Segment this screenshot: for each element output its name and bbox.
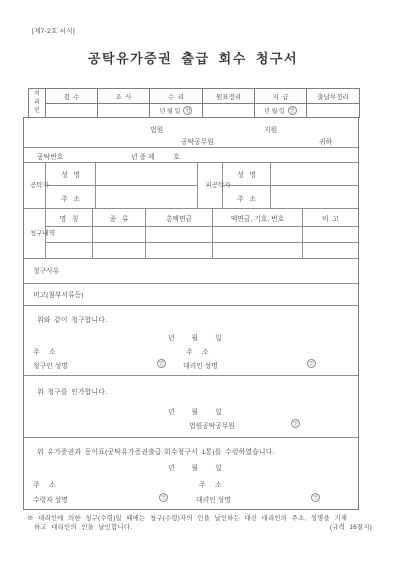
cell-ledger-blank: [203, 104, 255, 118]
depositee-address-label: 주 소: [223, 186, 271, 209]
cell-acceptance-date: 년 월 일인: [150, 104, 203, 118]
agent-name-label: 대리인 성명: [183, 360, 218, 370]
claimant-name-label: 청구인 성명: [33, 360, 68, 370]
depositee-name-label: 성 명: [223, 163, 271, 186]
claim-row-cell: [146, 243, 213, 259]
receipt-date-line: 년 월 일: [168, 462, 222, 472]
claim-row-cell: [213, 227, 303, 243]
depositee-address-field: [271, 186, 358, 209]
addressee-label: 귀하: [319, 136, 332, 146]
depositor-name-label: 성 명: [46, 163, 96, 186]
depositee-label-cell: 피공탁자: [198, 163, 223, 209]
recipient-name-label: 수령자 성명: [33, 494, 68, 504]
paper-spec-label: (규격 16절지): [330, 523, 372, 532]
claim-reason-section: 청구사유: [24, 259, 358, 284]
deposit-officer-label: 공탁공무원: [181, 136, 214, 146]
court-label: 법원: [150, 124, 163, 134]
depositor-label-cell: 공탁자: [24, 163, 46, 209]
seal-icon: 인: [159, 493, 168, 502]
claim-row-cell: [146, 227, 213, 243]
col-header-acceptance: 수 리: [150, 89, 203, 104]
deposit-number-section: 공탁번호 년 증 제 호: [24, 148, 358, 163]
receipt-section: 위 유가증권과 동이표(공탁유가증권출급·회수청구서 1통)를 수령하였습니다.…: [24, 438, 358, 509]
claim-row-cell: [93, 227, 146, 243]
col-header-payment: 지 급: [255, 89, 307, 104]
branch-label: 지원: [264, 124, 277, 134]
col-face-value-serial: 액면금, 기호, 번호: [213, 209, 303, 227]
receipt-statement: 위 유가증권과 동이표(공탁유가증권출급·회수청구서 1통)를 수령하였습니다.: [37, 446, 275, 456]
depositor-label: 공탁자: [30, 181, 39, 191]
claim-details-section: 청구내역 명 칭 종 류 총액면금 액면금, 기호, 번호 비 고: [24, 209, 358, 259]
claim-details-label-cell: 청구내역: [24, 209, 46, 259]
depositor-address-label: 주 소: [46, 186, 96, 209]
claim-row-cell: [46, 243, 93, 259]
seal-icon: 인: [183, 106, 192, 115]
cell-review-blank: [98, 104, 150, 118]
claim-row-cell: [46, 227, 93, 243]
footer-note-line1: ※ 대리인에 의한 청구(수령)일 때에는 청구(수령)자의 인을 날인하는 대…: [27, 514, 372, 523]
depositee-label: 피공탁자: [206, 181, 215, 191]
approval-statement: 위 청구를 인가합니다.: [37, 386, 107, 396]
date-seal-text: 년 월 일: [264, 109, 285, 115]
depositee-name-field: [271, 163, 358, 186]
agent-name-label: 대리인 성명: [196, 494, 231, 504]
date-seal-text: 년 월 일: [160, 109, 181, 115]
agent-address-label: 주 소: [186, 346, 209, 356]
request-date-line: 년 월 일: [168, 332, 222, 342]
footer-note-line2: 하고 대리인의 인을 날인합니다.: [34, 523, 132, 532]
col-header-cashbook: 출납부정리: [307, 89, 360, 104]
processing-table: 처리인 접 수 조 사 수 리 원표정리 지 급 출납부정리 년 월 일인 년 …: [28, 88, 360, 118]
seal-icon: 인: [291, 419, 300, 428]
col-type: 종 류: [93, 209, 146, 227]
remarks-label: 비고(첨부서류등): [33, 289, 84, 299]
request-section: 위와 같이 청구합니다. 년 월 일 주 소 주 소 청구인 성명 인 대리인 …: [24, 306, 358, 376]
recipient-address-label: 주 소: [33, 479, 56, 489]
claim-row-cell: [213, 243, 303, 259]
depositor-name-field: [96, 163, 198, 186]
approval-date-line: 년 월 일: [168, 406, 222, 416]
claim-row-cell: [303, 243, 358, 259]
court-section: 법원 지원 공탁공무원 귀하: [24, 118, 358, 148]
form-body: 법원 지원 공탁공무원 귀하 공탁번호 년 증 제 호 공탁자 성 명 피공탁자…: [23, 117, 359, 510]
parties-section: 공탁자 성 명 피공탁자 성 명 주 소 주 소: [24, 163, 358, 209]
seal-icon: 인: [157, 359, 166, 368]
col-total-face-value: 총액면금: [146, 209, 213, 227]
col-header-receipt: 접 수: [46, 89, 98, 104]
request-statement: 위와 같이 청구합니다.: [37, 314, 107, 324]
claimant-address-label: 주 소: [33, 346, 56, 356]
approval-section: 위 청구를 인가합니다. 년 월 일 법원공탁공무원 인: [24, 376, 358, 438]
cell-cashbook-blank: [307, 104, 360, 118]
seal-icon: 인: [288, 106, 297, 115]
col-note: 비 고: [303, 209, 358, 227]
claim-reason-label: 청구사유: [33, 265, 59, 275]
remarks-section: 비고(첨부서류등): [24, 284, 358, 306]
footer-note: ※ 대리인에 의한 청구(수령)일 때에는 청구(수령)자의 인을 날인하는 대…: [27, 514, 372, 533]
deposit-number-format: 년 증 제 호: [131, 151, 180, 161]
claim-row-cell: [93, 243, 146, 259]
seal-icon: 인: [311, 493, 320, 502]
deposit-number-label: 공탁번호: [37, 151, 63, 161]
agent-address-label: 주 소: [199, 479, 222, 489]
col-name: 명 칭: [46, 209, 93, 227]
form-page: [제7-2호 서식] 공탁유가증권 출급 회수 청구서 처리인 접 수 조 사 …: [0, 0, 400, 566]
cell-receipt-blank: [46, 104, 98, 118]
court-officer-label: 법원공탁공무원: [189, 420, 235, 430]
processing-row-label: 처리인: [33, 90, 42, 116]
cell-payment-date: 년 월 일인: [255, 104, 307, 118]
page-title: 공탁유가증권 출급 회수 청구서: [0, 48, 386, 67]
col-header-review: 조 사: [98, 89, 150, 104]
col-header-ledger: 원표정리: [203, 89, 255, 104]
seal-icon: 인: [307, 359, 316, 368]
processing-row-label-cell: 처리인: [29, 89, 46, 118]
form-code: [제7-2호 서식]: [32, 26, 75, 35]
claim-row-cell: [303, 227, 358, 243]
depositor-address-field: [96, 186, 198, 209]
claim-details-label: 청구내역: [30, 229, 39, 239]
